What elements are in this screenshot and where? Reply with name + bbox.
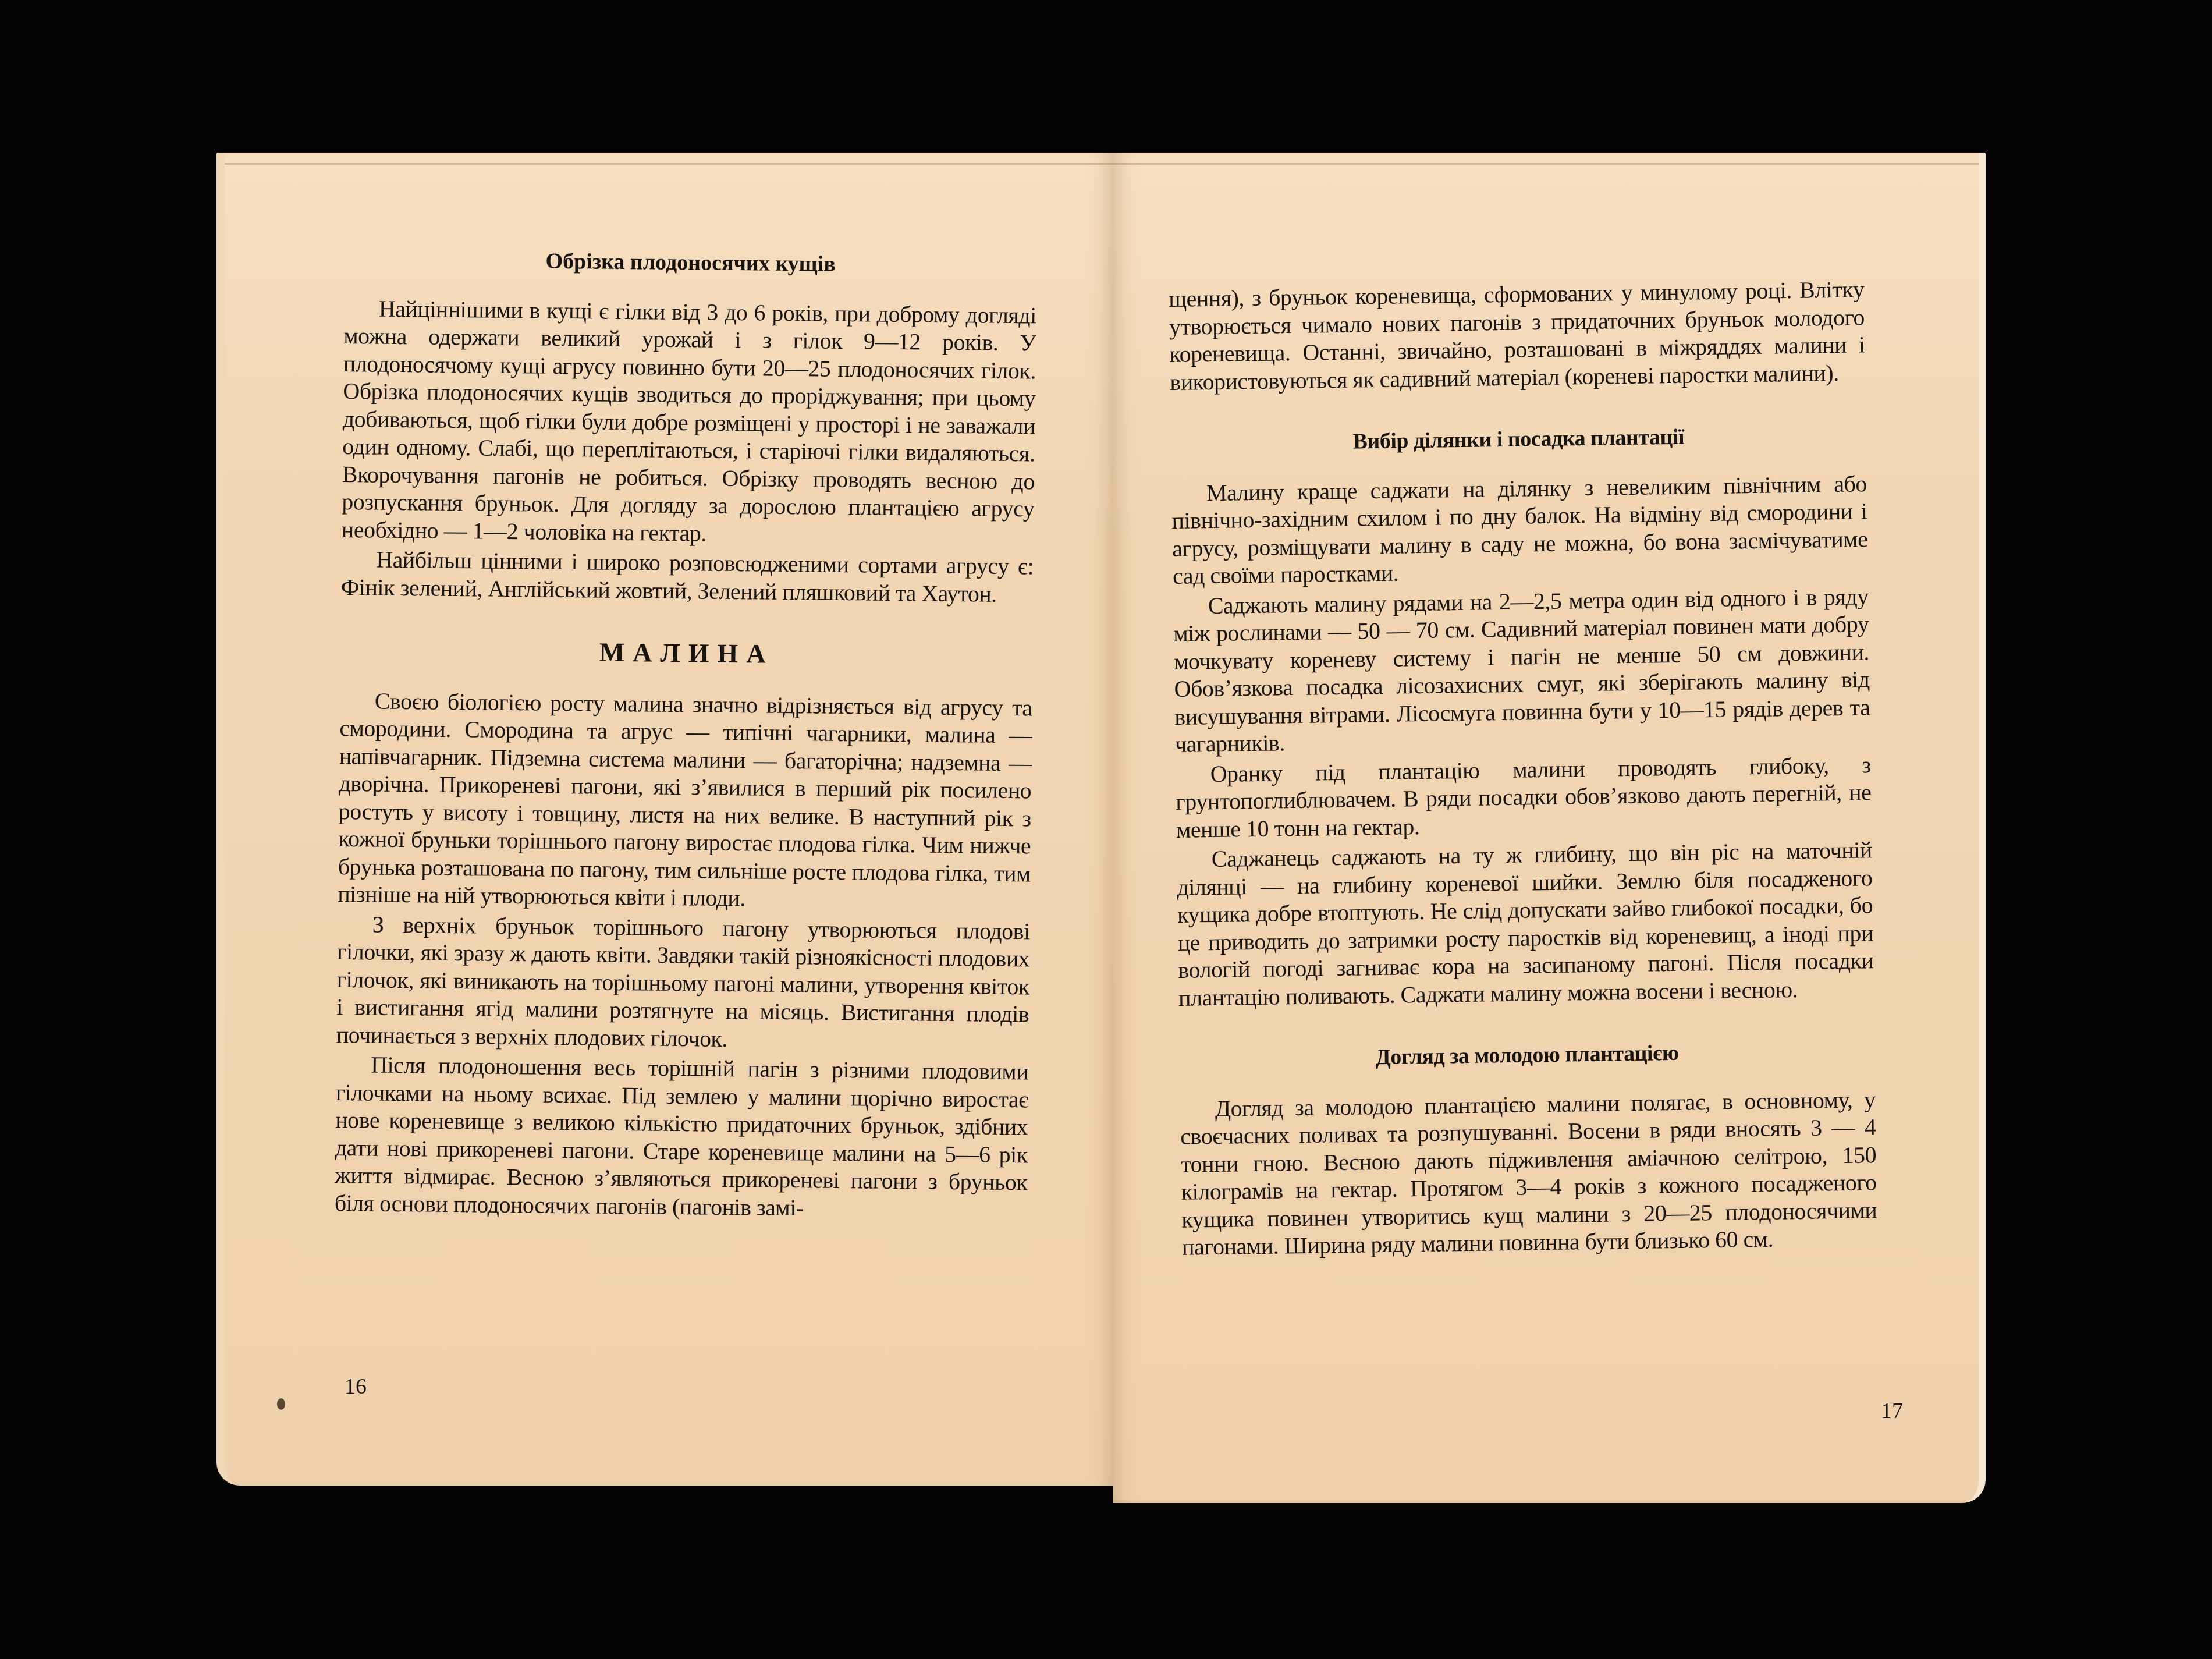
paragraph: Саджають малину рядами на 2—2,5 метра од… — [1173, 583, 1870, 758]
booklet-spread: Обрізка плодоносячих кущів Найціннішими … — [216, 153, 2002, 1509]
paragraph-continuation: щення), з бруньок кореневища, сформовани… — [1169, 275, 1866, 396]
paragraph: Після плодоношення весь торішній пагін з… — [335, 1051, 1029, 1224]
paragraph: Догляд за молодою плантацією малини поля… — [1180, 1086, 1877, 1261]
paragraph: Найціннішими в кущі є гілки від 3 до 6 р… — [342, 294, 1036, 550]
left-page: Обрізка плодоносячих кущів Найціннішими … — [216, 153, 1113, 1486]
paragraph: Найбільш цінними і широко розповсюдженим… — [341, 545, 1034, 608]
paper-stain — [277, 1398, 285, 1410]
paragraph: Своєю біологією росту малина значно відр… — [338, 686, 1032, 914]
section-heading-site-selection: Вибір ділянки і посадка плантації — [1170, 421, 1866, 458]
section-heading-young-plantation-care: Догляд за молодою плантацією — [1179, 1037, 1875, 1074]
section-heading-pruning: Обрізка плодоносячих кущів — [345, 246, 1037, 281]
paragraph: Саджанець саджають на ту ж глибину, що в… — [1176, 836, 1874, 1012]
page-number-left: 16 — [345, 1374, 367, 1399]
page-edge — [225, 163, 1113, 165]
page-number-right: 17 — [1881, 1398, 1903, 1424]
left-page-text: Обрізка плодоносячих кущів Найціннішими … — [334, 246, 1036, 1226]
chapter-heading-raspberry: МАЛИНА — [340, 636, 1032, 671]
paragraph: З верхніх бруньок торішнього пагону утво… — [336, 910, 1030, 1055]
right-page: щення), з бруньок кореневища, сформовани… — [1113, 153, 1986, 1503]
paragraph: Малину краще саджати на ділянку з невели… — [1171, 470, 1869, 590]
page-edge — [1113, 163, 1979, 165]
paragraph: Оранку під плантацію малини проводять гл… — [1175, 751, 1872, 843]
right-page-text: щення), з бруньок кореневища, сформовани… — [1169, 275, 1877, 1263]
